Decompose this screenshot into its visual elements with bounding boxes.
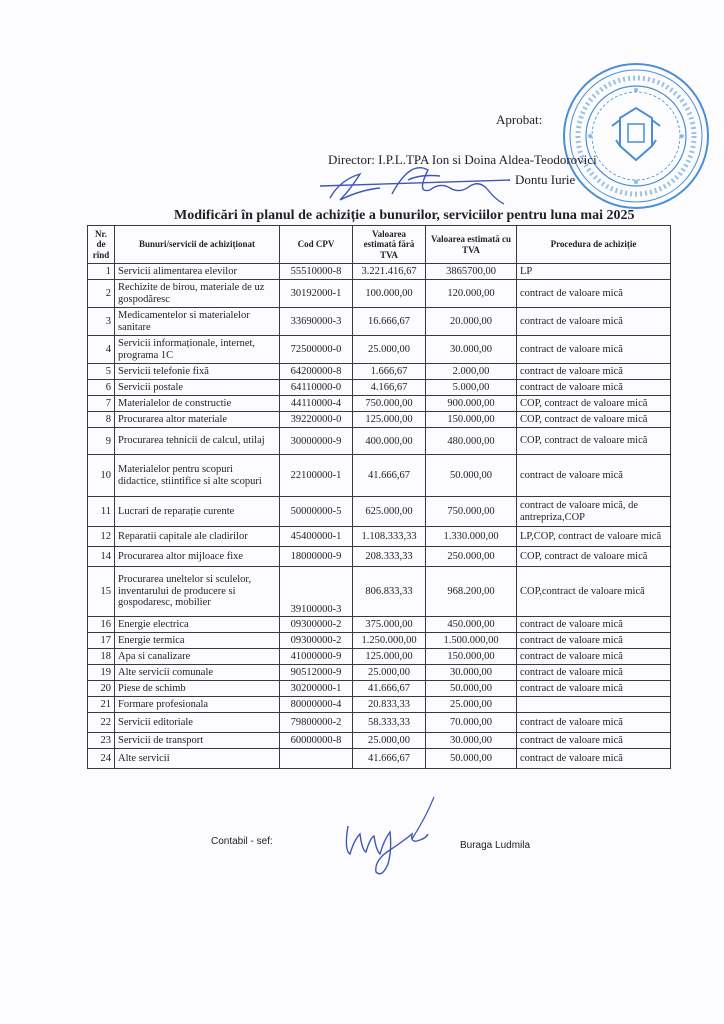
value-without-vat: 41.666,67 bbox=[353, 749, 426, 769]
accountant-signature-icon bbox=[340, 820, 430, 880]
cpv-code: 39220000-0 bbox=[280, 412, 353, 428]
value-with-vat: 25.000,00 bbox=[426, 697, 517, 713]
cpv-code: 09300000-2 bbox=[280, 617, 353, 633]
procurement-procedure: contract de valoare mică bbox=[517, 649, 671, 665]
value-without-vat: 25.000,00 bbox=[353, 665, 426, 681]
procurement-procedure: contract de valoare mică bbox=[517, 665, 671, 681]
row-number: 21 bbox=[88, 697, 115, 713]
value-without-vat: 625.000,00 bbox=[353, 497, 426, 527]
item-name: Procurarea uneltelor si sculelor, invent… bbox=[115, 567, 280, 617]
row-number: 12 bbox=[88, 527, 115, 547]
procurement-procedure: contract de valoare mică bbox=[517, 749, 671, 769]
table-row: 17Energie termica09300000-21.250.000,001… bbox=[88, 633, 671, 649]
row-number: 11 bbox=[88, 497, 115, 527]
procurement-procedure: contract de valoare mică bbox=[517, 364, 671, 380]
row-number: 15 bbox=[88, 567, 115, 617]
value-without-vat: 125.000,00 bbox=[353, 649, 426, 665]
column-header-procedure: Procedura de achiziție bbox=[517, 226, 671, 264]
value-with-vat: 50.000,00 bbox=[426, 681, 517, 697]
value-with-vat: 20.000,00 bbox=[426, 308, 517, 336]
cpv-code: 64200000-8 bbox=[280, 364, 353, 380]
value-without-vat: 25.000,00 bbox=[353, 336, 426, 364]
table-row: 21Formare profesionala80000000-420.833,3… bbox=[88, 697, 671, 713]
procurement-procedure: COP, contract de valoare mică bbox=[517, 396, 671, 412]
chief-accountant-label: Contabil - sef: bbox=[211, 836, 273, 847]
row-number: 16 bbox=[88, 617, 115, 633]
cpv-code: 41000000-9 bbox=[280, 649, 353, 665]
item-name: Servicii telefonie fixă bbox=[115, 364, 280, 380]
document-page: Aprobat: Director: I.P.L.TPA Ion si Doin… bbox=[0, 0, 724, 1024]
value-with-vat: 3865700,00 bbox=[426, 264, 517, 280]
value-without-vat: 125.000,00 bbox=[353, 412, 426, 428]
table-row: 15Procurarea uneltelor si sculelor, inve… bbox=[88, 567, 671, 617]
value-without-vat: 25.000,00 bbox=[353, 733, 426, 749]
item-name: Apa si canalizare bbox=[115, 649, 280, 665]
value-with-vat: 5.000,00 bbox=[426, 380, 517, 396]
value-without-vat: 806.833,33 bbox=[353, 567, 426, 617]
value-without-vat: 1.108.333,33 bbox=[353, 527, 426, 547]
value-without-vat: 1.666,67 bbox=[353, 364, 426, 380]
value-with-vat: 450.000,00 bbox=[426, 617, 517, 633]
row-number: 4 bbox=[88, 336, 115, 364]
value-with-vat: 900.000,00 bbox=[426, 396, 517, 412]
value-without-vat: 750.000,00 bbox=[353, 396, 426, 412]
procurement-procedure: LP bbox=[517, 264, 671, 280]
table-row: 8Procurarea altor materiale39220000-0125… bbox=[88, 412, 671, 428]
row-number: 20 bbox=[88, 681, 115, 697]
row-number: 17 bbox=[88, 633, 115, 649]
value-with-vat: 50.000,00 bbox=[426, 455, 517, 497]
table-row: 10Materialelor pentru scopuri didactice,… bbox=[88, 455, 671, 497]
column-header-nr: Nr. de rînd bbox=[88, 226, 115, 264]
value-with-vat: 120.000,00 bbox=[426, 280, 517, 308]
procurement-procedure: contract de valoare mică bbox=[517, 336, 671, 364]
cpv-code: 60000000-8 bbox=[280, 733, 353, 749]
value-with-vat: 150.000,00 bbox=[426, 412, 517, 428]
table-row: 23Servicii de transport60000000-825.000,… bbox=[88, 733, 671, 749]
table-row: 24Alte servicii41.666,6750.000,00contrac… bbox=[88, 749, 671, 769]
table-row: 11Lucrari de reparație curente50000000-5… bbox=[88, 497, 671, 527]
row-number: 10 bbox=[88, 455, 115, 497]
value-with-vat: 30.000,00 bbox=[426, 336, 517, 364]
value-without-vat: 400.000,00 bbox=[353, 428, 426, 455]
value-with-vat: 50.000,00 bbox=[426, 749, 517, 769]
table-row: 16Energie electrica09300000-2375.000,004… bbox=[88, 617, 671, 633]
cpv-code: 30192000-1 bbox=[280, 280, 353, 308]
procurement-procedure: contract de valoare mică bbox=[517, 308, 671, 336]
value-without-vat: 41.666,67 bbox=[353, 681, 426, 697]
cpv-code: 30000000-9 bbox=[280, 428, 353, 455]
item-name: Lucrari de reparație curente bbox=[115, 497, 280, 527]
procurement-procedure: COP, contract de valoare mică bbox=[517, 547, 671, 567]
procurement-procedure: contract de valoare mică bbox=[517, 633, 671, 649]
cpv-code: 22100000-1 bbox=[280, 455, 353, 497]
table-row: 6Servicii postale64110000-04.166,675.000… bbox=[88, 380, 671, 396]
value-with-vat: 250.000,00 bbox=[426, 547, 517, 567]
item-name: Materialelor de constructie bbox=[115, 396, 280, 412]
row-number: 24 bbox=[88, 749, 115, 769]
cpv-code: 39100000-3 bbox=[280, 567, 353, 617]
column-header-value-without-vat: Valoarea estimată fără TVA bbox=[353, 226, 426, 264]
chief-accountant-name: Buraga Ludmila bbox=[460, 840, 530, 851]
row-number: 6 bbox=[88, 380, 115, 396]
row-number: 18 bbox=[88, 649, 115, 665]
row-number: 23 bbox=[88, 733, 115, 749]
table-row: 20Piese de schimb30200000-141.666,6750.0… bbox=[88, 681, 671, 697]
cpv-code: 55510000-8 bbox=[280, 264, 353, 280]
item-name: Procurarea altor materiale bbox=[115, 412, 280, 428]
procurement-plan-table: Nr. de rînd Bunuri/servicii de achizițio… bbox=[87, 225, 671, 769]
value-with-vat: 150.000,00 bbox=[426, 649, 517, 665]
procurement-procedure: contract de valoare mică bbox=[517, 455, 671, 497]
cpv-code: 79800000-2 bbox=[280, 713, 353, 733]
cpv-code: 72500000-0 bbox=[280, 336, 353, 364]
value-without-vat: 100.000,00 bbox=[353, 280, 426, 308]
value-with-vat: 480.000,00 bbox=[426, 428, 517, 455]
value-without-vat: 4.166,67 bbox=[353, 380, 426, 396]
cpv-code: 64110000-0 bbox=[280, 380, 353, 396]
item-name: Energie termica bbox=[115, 633, 280, 649]
procurement-procedure: COP, contract de valoare mică bbox=[517, 428, 671, 455]
table-row: 18Apa si canalizare41000000-9125.000,001… bbox=[88, 649, 671, 665]
cpv-code bbox=[280, 749, 353, 769]
procurement-procedure: contract de valoare mică bbox=[517, 617, 671, 633]
table-row: 4Servicii informaționale, internet, prog… bbox=[88, 336, 671, 364]
item-name: Alte servicii comunale bbox=[115, 665, 280, 681]
item-name: Materialelor pentru scopuri didactice, s… bbox=[115, 455, 280, 497]
table-row: 9Procurarea tehnicii de calcul, utilaj30… bbox=[88, 428, 671, 455]
value-with-vat: 1.330.000,00 bbox=[426, 527, 517, 547]
cpv-code: 45400000-1 bbox=[280, 527, 353, 547]
value-with-vat: 1.500.000,00 bbox=[426, 633, 517, 649]
item-name: Servicii de transport bbox=[115, 733, 280, 749]
item-name: Servicii informaționale, internet, progr… bbox=[115, 336, 280, 364]
row-number: 14 bbox=[88, 547, 115, 567]
table-header-row: Nr. de rînd Bunuri/servicii de achizițio… bbox=[88, 226, 671, 264]
item-name: Formare profesionala bbox=[115, 697, 280, 713]
procurement-procedure: contract de valoare mică bbox=[517, 681, 671, 697]
column-header-value-with-vat: Valoarea estimată cu TVA bbox=[426, 226, 517, 264]
value-without-vat: 375.000,00 bbox=[353, 617, 426, 633]
procurement-procedure: COP, contract de valoare mică bbox=[517, 412, 671, 428]
value-with-vat: 30.000,00 bbox=[426, 665, 517, 681]
cpv-code: 33690000-3 bbox=[280, 308, 353, 336]
cpv-code: 80000000-4 bbox=[280, 697, 353, 713]
row-number: 7 bbox=[88, 396, 115, 412]
value-without-vat: 208.333,33 bbox=[353, 547, 426, 567]
document-title: Modificări în planul de achiziție a bunu… bbox=[174, 208, 634, 224]
table-row: 22Servicii editoriale79800000-258.333,33… bbox=[88, 713, 671, 733]
value-with-vat: 968.200,00 bbox=[426, 567, 517, 617]
item-name: Alte servicii bbox=[115, 749, 280, 769]
table-row: 19Alte servicii comunale90512000-925.000… bbox=[88, 665, 671, 681]
row-number: 19 bbox=[88, 665, 115, 681]
item-name: Medicamentelor si materialelor sanitare bbox=[115, 308, 280, 336]
approved-label: Aprobat: bbox=[496, 112, 542, 128]
table-row: 3Medicamentelor si materialelor sanitare… bbox=[88, 308, 671, 336]
value-with-vat: 30.000,00 bbox=[426, 733, 517, 749]
cpv-code: 90512000-9 bbox=[280, 665, 353, 681]
row-number: 1 bbox=[88, 264, 115, 280]
item-name: Energie electrica bbox=[115, 617, 280, 633]
value-with-vat: 70.000,00 bbox=[426, 713, 517, 733]
table-row: 1Servicii alimentarea elevilor55510000-8… bbox=[88, 264, 671, 280]
procurement-procedure: LP,COP, contract de valoare mică bbox=[517, 527, 671, 547]
row-number: 22 bbox=[88, 713, 115, 733]
row-number: 5 bbox=[88, 364, 115, 380]
item-name: Piese de schimb bbox=[115, 681, 280, 697]
table-row: 14Procurarea altor mijloace fixe18000000… bbox=[88, 547, 671, 567]
column-header-goods-services: Bunuri/servicii de achiziționat bbox=[115, 226, 280, 264]
value-without-vat: 16.666,67 bbox=[353, 308, 426, 336]
director-name: Dontu Iurie bbox=[515, 172, 575, 188]
procurement-procedure bbox=[517, 697, 671, 713]
cpv-code: 44110000-4 bbox=[280, 396, 353, 412]
row-number: 3 bbox=[88, 308, 115, 336]
row-number: 9 bbox=[88, 428, 115, 455]
table-row: 5Servicii telefonie fixă64200000-81.666,… bbox=[88, 364, 671, 380]
procurement-procedure: contract de valoare mică bbox=[517, 280, 671, 308]
procurement-procedure: contract de valoare mică bbox=[517, 380, 671, 396]
value-with-vat: 750.000,00 bbox=[426, 497, 517, 527]
procurement-procedure: COP,contract de valoare mică bbox=[517, 567, 671, 617]
procurement-procedure: contract de valoare mică, de antrepriza,… bbox=[517, 497, 671, 527]
row-number: 2 bbox=[88, 280, 115, 308]
item-name: Procurarea tehnicii de calcul, utilaj bbox=[115, 428, 280, 455]
table-row: 7Materialelor de constructie44110000-475… bbox=[88, 396, 671, 412]
procurement-procedure: contract de valoare mică bbox=[517, 733, 671, 749]
cpv-code: 18000000-9 bbox=[280, 547, 353, 567]
table-row: 2Rechizite de birou, materiale de uz gos… bbox=[88, 280, 671, 308]
cpv-code: 09300000-2 bbox=[280, 633, 353, 649]
item-name: Servicii postale bbox=[115, 380, 280, 396]
value-without-vat: 20.833,33 bbox=[353, 697, 426, 713]
value-without-vat: 41.666,67 bbox=[353, 455, 426, 497]
cpv-code: 50000000-5 bbox=[280, 497, 353, 527]
value-with-vat: 2.000,00 bbox=[426, 364, 517, 380]
director-signature-icon bbox=[320, 160, 520, 210]
table-row: 12Reparatii capitale ale cladirilor45400… bbox=[88, 527, 671, 547]
cpv-code: 30200000-1 bbox=[280, 681, 353, 697]
item-name: Servicii editoriale bbox=[115, 713, 280, 733]
item-name: Servicii alimentarea elevilor bbox=[115, 264, 280, 280]
column-header-cpv-code: Cod CPV bbox=[280, 226, 353, 264]
item-name: Rechizite de birou, materiale de uz gosp… bbox=[115, 280, 280, 308]
row-number: 8 bbox=[88, 412, 115, 428]
procurement-procedure: contract de valoare mică bbox=[517, 713, 671, 733]
value-without-vat: 1.250.000,00 bbox=[353, 633, 426, 649]
official-stamp-icon bbox=[560, 60, 712, 212]
value-without-vat: 3.221.416,67 bbox=[353, 264, 426, 280]
value-without-vat: 58.333,33 bbox=[353, 713, 426, 733]
item-name: Procurarea altor mijloace fixe bbox=[115, 547, 280, 567]
item-name: Reparatii capitale ale cladirilor bbox=[115, 527, 280, 547]
